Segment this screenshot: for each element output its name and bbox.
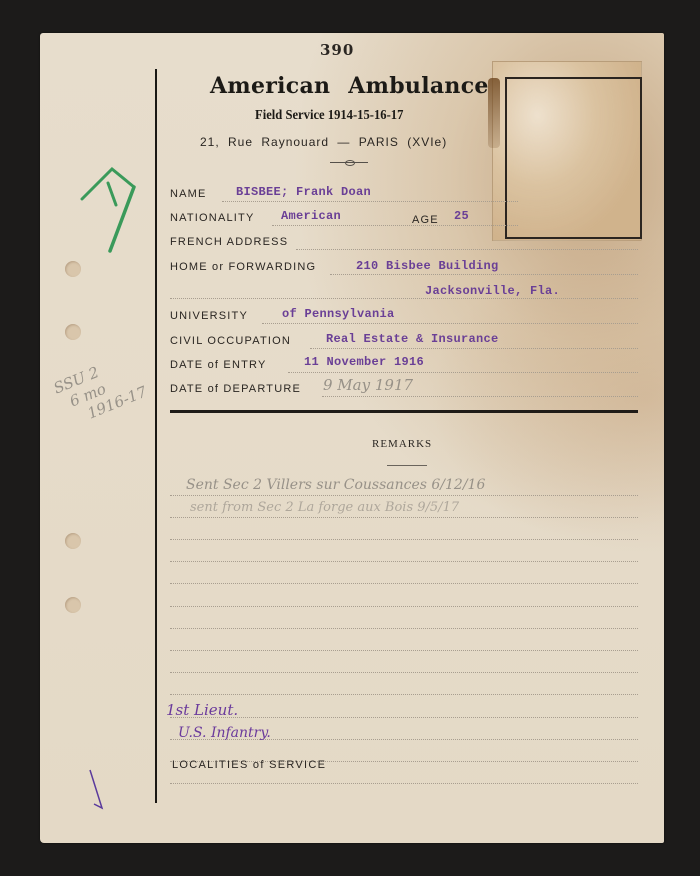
page-number: 390 [320, 41, 354, 59]
remarks-entry: sent from Sec 2 La forge aux Bois 9/5/17 [190, 500, 459, 515]
stain [488, 78, 500, 148]
field-underline [222, 201, 518, 202]
remarks-line [170, 628, 638, 629]
date-of-departure-label: DATE of DEPARTURE [170, 383, 301, 395]
remarks-line [170, 783, 638, 784]
remarks-line [170, 606, 638, 607]
date-of-entry-value: 11 November 1916 [304, 355, 424, 369]
remarks-entry: Sent Sec 2 Villers sur Coussances 6/12/1… [186, 477, 485, 493]
remarks-line [170, 495, 638, 496]
remarks-line [170, 539, 638, 540]
remarks-line [170, 717, 638, 718]
punch-hole [65, 324, 81, 340]
home-forwarding-label: HOME or FORWARDING [170, 261, 316, 273]
field-underline [310, 348, 638, 349]
punch-hole [65, 261, 81, 277]
document-subtitle: Field Service 1914-15-16-17 [255, 108, 403, 124]
unit-handwritten: U.S. Infantry. [178, 725, 271, 741]
remarks-heading: REMARKS [372, 438, 432, 450]
nationality-value: American [281, 209, 341, 223]
field-underline [170, 298, 638, 299]
remarks-line [170, 517, 638, 518]
french-address-label: FRENCH ADDRESS [170, 236, 288, 248]
remarks-line [170, 694, 638, 695]
university-value: of Pennsylvania [282, 307, 395, 321]
ink-tick-icon [88, 768, 108, 813]
punch-hole [65, 597, 81, 613]
civil-occupation-label: CIVIL OCCUPATION [170, 335, 291, 347]
green-check-mark-icon [78, 163, 148, 253]
document-address: 21, Rue Raynouard — PARIS (XVIe) [200, 135, 447, 149]
nationality-label: NATIONALITY [170, 212, 255, 224]
section-divider [170, 410, 638, 413]
rank-handwritten: 1st Lieut. [166, 701, 238, 719]
punch-hole [65, 533, 81, 549]
date-of-departure-value: 9 May 1917 [323, 376, 413, 394]
home-address-line1: 210 Bisbee Building [356, 259, 499, 273]
name-value: BISBEE; Frank Doan [236, 185, 371, 199]
ornament-divider [330, 162, 368, 163]
field-underline [262, 323, 638, 324]
remarks-line [170, 561, 638, 562]
remarks-line [170, 650, 638, 651]
age-value: 25 [454, 209, 469, 223]
remarks-line [170, 583, 638, 584]
field-underline [272, 225, 518, 226]
civil-occupation-value: Real Estate & Insurance [326, 332, 499, 346]
document-title: American Ambulance [210, 73, 489, 99]
remarks-underline [387, 465, 427, 466]
margin-note-pencil: SSU 2 6 mo 1916-17 [51, 349, 149, 431]
home-address-line2: Jacksonville, Fla. [425, 284, 560, 298]
field-underline [330, 274, 638, 275]
age-label: AGE [412, 214, 439, 226]
name-label: NAME [170, 188, 207, 200]
university-label: UNIVERSITY [170, 310, 248, 322]
field-underline [288, 372, 638, 373]
remarks-line [170, 672, 638, 673]
date-of-entry-label: DATE of ENTRY [170, 359, 267, 371]
photo-frame [505, 77, 642, 239]
record-card: SSU 2 6 mo 1916-17 390 American Ambulanc… [40, 33, 664, 843]
localities-heading: LOCALITIES of SERVICE [172, 759, 326, 771]
field-underline [296, 249, 638, 250]
margin-rule [155, 69, 157, 803]
field-underline [322, 396, 638, 397]
